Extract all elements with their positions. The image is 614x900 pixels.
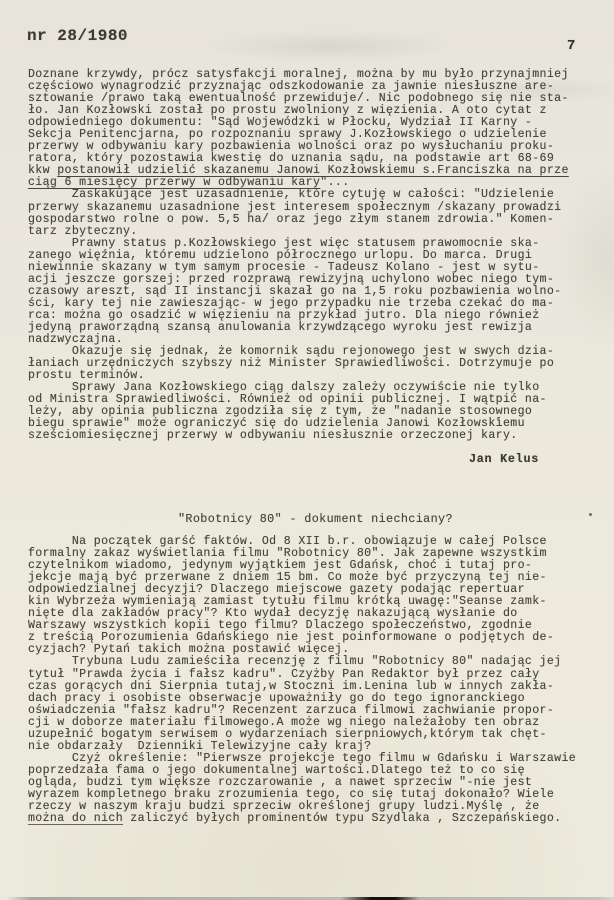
article-robotnicy-body: Na początek garść faktów. Od 8 XII b.r. … <box>28 536 576 825</box>
article-kozlowski-text-end: "... Zaskakujące jest uzasadnienie, któr… <box>28 176 561 442</box>
ink-speck <box>589 513 592 516</box>
underlined-fragment: można do nich <box>28 812 123 825</box>
page-number: 7 <box>567 38 575 54</box>
underlined-court-ruling-passage: postanowił udzielić skazanemu Janowi Koz… <box>28 164 569 189</box>
article-robotnicy-text-start: Na początek garść faktów. Od 8 XII b.r. … <box>28 535 576 813</box>
article-heading: "Robotnicy 80" - dokument niechciany? <box>178 512 453 526</box>
author-signature: Jan Kelus <box>469 452 539 466</box>
article-robotnicy-text-end: zaliczyć byłych prominentów typu Szydlak… <box>123 812 561 825</box>
article-kozlowski-text-start: Doznane krzywdy, prócz satysfakcji moral… <box>28 68 569 177</box>
scanned-document-page: nr 28/1980 7 Doznane krzywdy, prócz saty… <box>0 0 614 900</box>
ink-speck <box>497 417 499 419</box>
issue-number: nr 28/1980 <box>27 27 128 45</box>
article-kozlowski-body: Doznane krzywdy, prócz satysfakcji moral… <box>28 69 569 442</box>
